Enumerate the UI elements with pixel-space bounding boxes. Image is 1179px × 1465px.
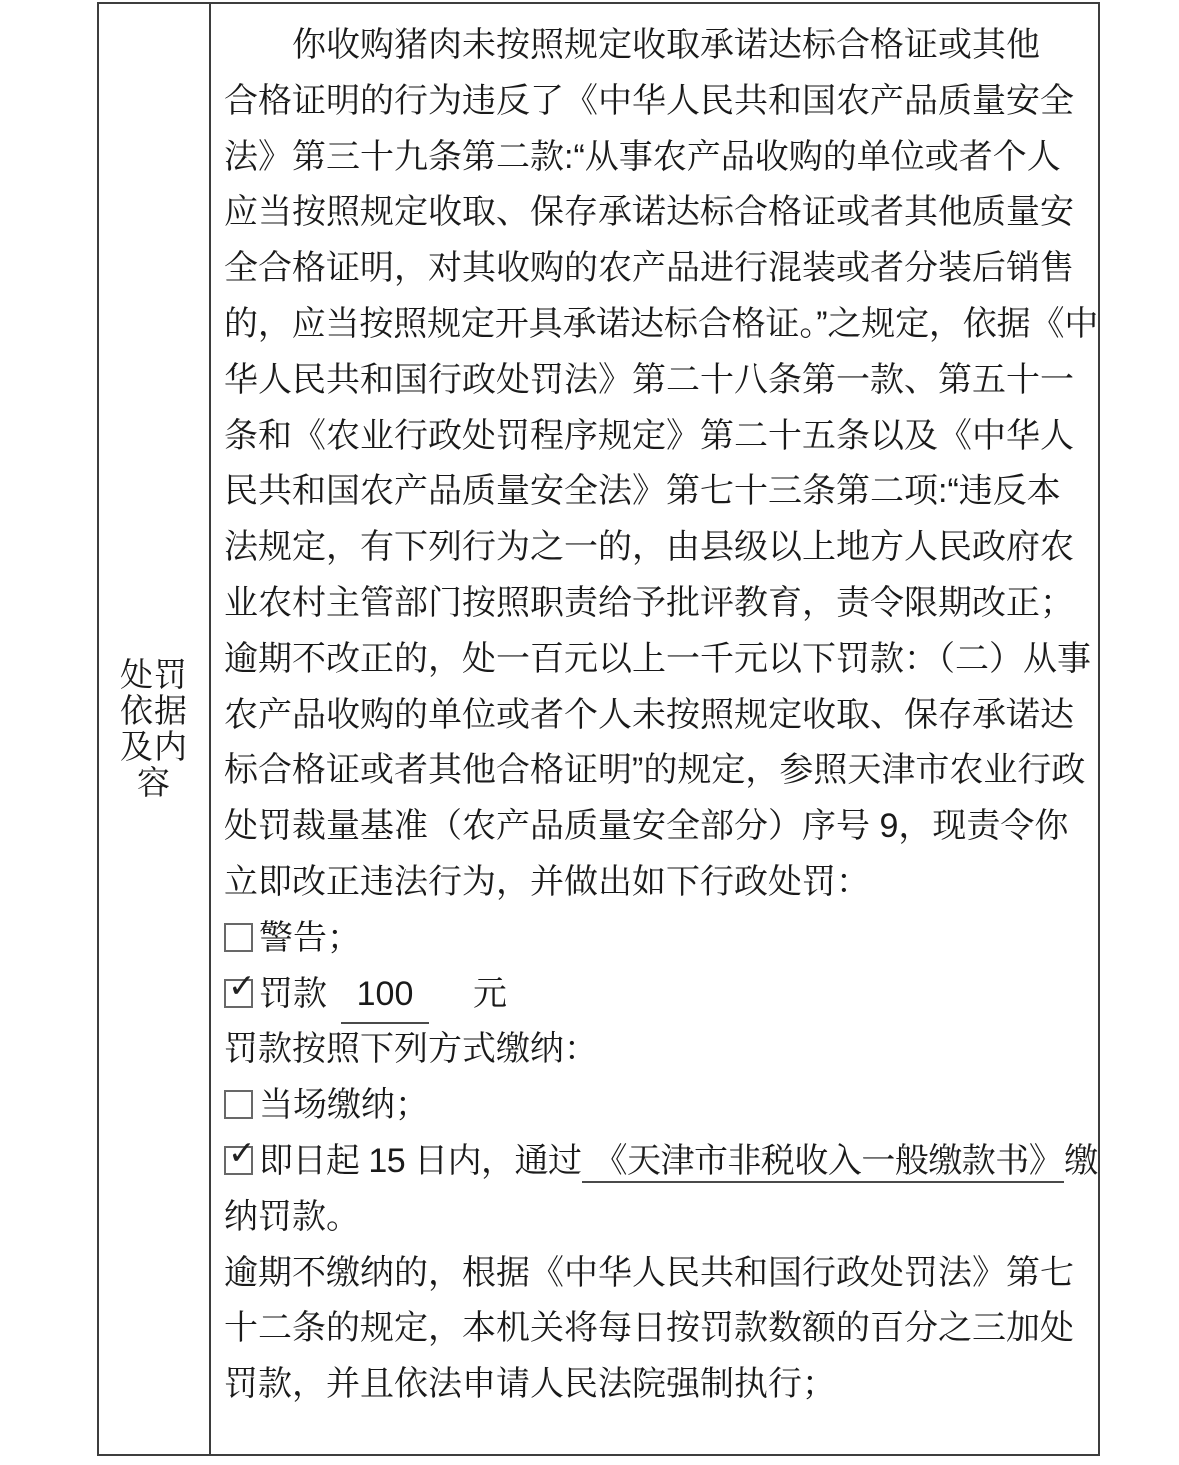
text-segment: 农产品收购的单位或者个人未按照规定收取、保存承诺达 xyxy=(224,696,1074,734)
text-segment: 当场缴纳； xyxy=(259,1086,429,1124)
text-segment: 缴 xyxy=(1064,1142,1097,1180)
text-segment: 逾期不缴纳的，根据《中华人民共和国行政处罚法》第七 xyxy=(224,1254,1074,1292)
line-11: 业农村主管部门按照职责给予批评教育，责令限期改正； xyxy=(224,576,1098,632)
line-7: 华人民共和国行政处罚法》第二十八条第一款、第五十一 xyxy=(224,353,1098,409)
line-12: 逾期不改正的，处一百元以上一千元以下罚款：（二）从事 xyxy=(224,632,1098,688)
text-segment: 华人民共和国行政处罚法》第二十八条第一款、第五十一 xyxy=(224,361,1074,399)
penalty-table-row: 处罚依据及内容 你收购猪肉未按照规定收取承诺达标合格证或其他合格证明的行为违反了… xyxy=(97,2,1100,1456)
checkbox-checked-icon: ✓ xyxy=(224,1146,253,1175)
text-segment: 的，应当按照规定开具承诺达标合格证。”之规定，依据《中 xyxy=(224,305,1098,343)
text-segment: 全合格证明，对其收购的农产品进行混装或者分装后销售 xyxy=(224,249,1074,287)
text-segment: 罚款 xyxy=(259,975,327,1013)
line-22: 纳罚款。 xyxy=(224,1190,1098,1246)
line-16: 立即改正违法行为，并做出如下行政处罚： xyxy=(224,855,1098,911)
line-2: 合格证明的行为违反了《中华人民共和国农产品质量安全 xyxy=(224,74,1098,130)
text-segment: 警告； xyxy=(259,919,361,957)
line-6: 的，应当按照规定开具承诺达标合格证。”之规定，依据《中 xyxy=(224,297,1098,353)
text-segment: 条和《农业行政处罚程序规定》第二十五条以及《中华人 xyxy=(224,417,1074,455)
line-1: 你收购猪肉未按照规定收取承诺达标合格证或其他 xyxy=(224,18,1098,74)
line-25: 罚款，并且依法申请人民法院强制执行； xyxy=(224,1357,1098,1413)
line-23: 逾期不缴纳的，根据《中华人民共和国行政处罚法》第七 xyxy=(224,1246,1098,1302)
checkbox-line-fine: ✓罚款100元 xyxy=(224,967,1098,1023)
text-segment: 纳罚款。 xyxy=(224,1198,360,1236)
checkbox-unchecked-icon xyxy=(224,1090,253,1119)
row-header-cell: 处罚依据及内容 xyxy=(99,4,211,1454)
line-19: 罚款按照下列方式缴纳： xyxy=(224,1022,1098,1078)
line-8: 条和《农业行政处罚程序规定》第二十五条以及《中华人 xyxy=(224,409,1098,465)
fine-amount-value: 100 xyxy=(341,967,429,1025)
text-segment: 法》第三十九条第二款:“从事农产品收购的单位或者个人 xyxy=(224,138,1061,176)
text-segment: 罚款按照下列方式缴纳： xyxy=(224,1030,598,1068)
text-segment: 逾期不改正的，处一百元以上一千元以下罚款：（二）从事 xyxy=(224,640,1091,678)
text-segment: 即日起 15 日内，通过 xyxy=(259,1142,582,1180)
text-segment: 民共和国农产品质量安全法》第七十三条第二项:“违反本 xyxy=(224,472,1061,510)
line-14: 标合格证或者其他合格证明”的规定，参照天津市农业行政 xyxy=(224,743,1098,799)
text-segment: 处罚裁量基准（农产品质量安全部分）序号 9，现责令你 xyxy=(224,807,1068,845)
checkbox-line-warning: 警告； xyxy=(224,911,1098,967)
text-segment: 法规定，有下列行为之一的，由县级以上地方人民政府农 xyxy=(224,528,1074,566)
text-segment: 应当按照规定收取、保存承诺达标合格证或者其他质量安 xyxy=(224,193,1074,231)
text-segment: 你收购猪肉未按照规定收取承诺达标合格证或其他 xyxy=(292,26,1040,64)
text-segment: 元 xyxy=(473,975,507,1013)
text-segment: 罚款，并且依法申请人民法院强制执行； xyxy=(224,1365,836,1403)
document-page: 处罚依据及内容 你收购猪肉未按照规定收取承诺达标合格证或其他合格证明的行为违反了… xyxy=(0,0,1179,1465)
checkbox-checked-icon: ✓ xyxy=(224,979,253,1008)
row-header-label: 处罚依据及内容 xyxy=(119,657,189,801)
text-segment: 立即改正违法行为，并做出如下行政处罚： xyxy=(224,863,870,901)
content-cell: 你收购猪肉未按照规定收取承诺达标合格证或其他合格证明的行为违反了《中华人民共和国… xyxy=(211,4,1098,1454)
line-9: 民共和国农产品质量安全法》第七十三条第二项:“违反本 xyxy=(224,464,1098,520)
line-3: 法》第三十九条第二款:“从事农产品收购的单位或者个人 xyxy=(224,130,1098,186)
payment-document-title: 《天津市非税收入一般缴款书》 xyxy=(582,1142,1065,1183)
line-15: 处罚裁量基准（农产品质量安全部分）序号 9，现责令你 xyxy=(224,799,1098,855)
line-13: 农产品收购的单位或者个人未按照规定收取、保存承诺达 xyxy=(224,688,1098,744)
text-segment: 合格证明的行为违反了《中华人民共和国农产品质量安全 xyxy=(224,82,1074,120)
text-segment: 业农村主管部门按照职责给予批评教育，责令限期改正； xyxy=(224,584,1074,622)
line-4: 应当按照规定收取、保存承诺达标合格证或者其他质量安 xyxy=(224,185,1098,241)
checkbox-unchecked-icon xyxy=(224,923,253,952)
line-24: 十二条的规定，本机关将每日按罚款数额的百分之三加处 xyxy=(224,1301,1098,1357)
line-10: 法规定，有下列行为之一的，由县级以上地方人民政府农 xyxy=(224,520,1098,576)
checkbox-line-pay-onsite: 当场缴纳； xyxy=(224,1078,1098,1134)
text-segment: 标合格证或者其他合格证明”的规定，参照天津市农业行政 xyxy=(224,751,1085,789)
line-5: 全合格证明，对其收购的农产品进行混装或者分装后销售 xyxy=(224,241,1098,297)
text-segment: 十二条的规定，本机关将每日按罚款数额的百分之三加处 xyxy=(224,1309,1074,1347)
checkbox-line-pay-15days: ✓即日起 15 日内，通过《天津市非税收入一般缴款书》缴 xyxy=(224,1134,1098,1190)
